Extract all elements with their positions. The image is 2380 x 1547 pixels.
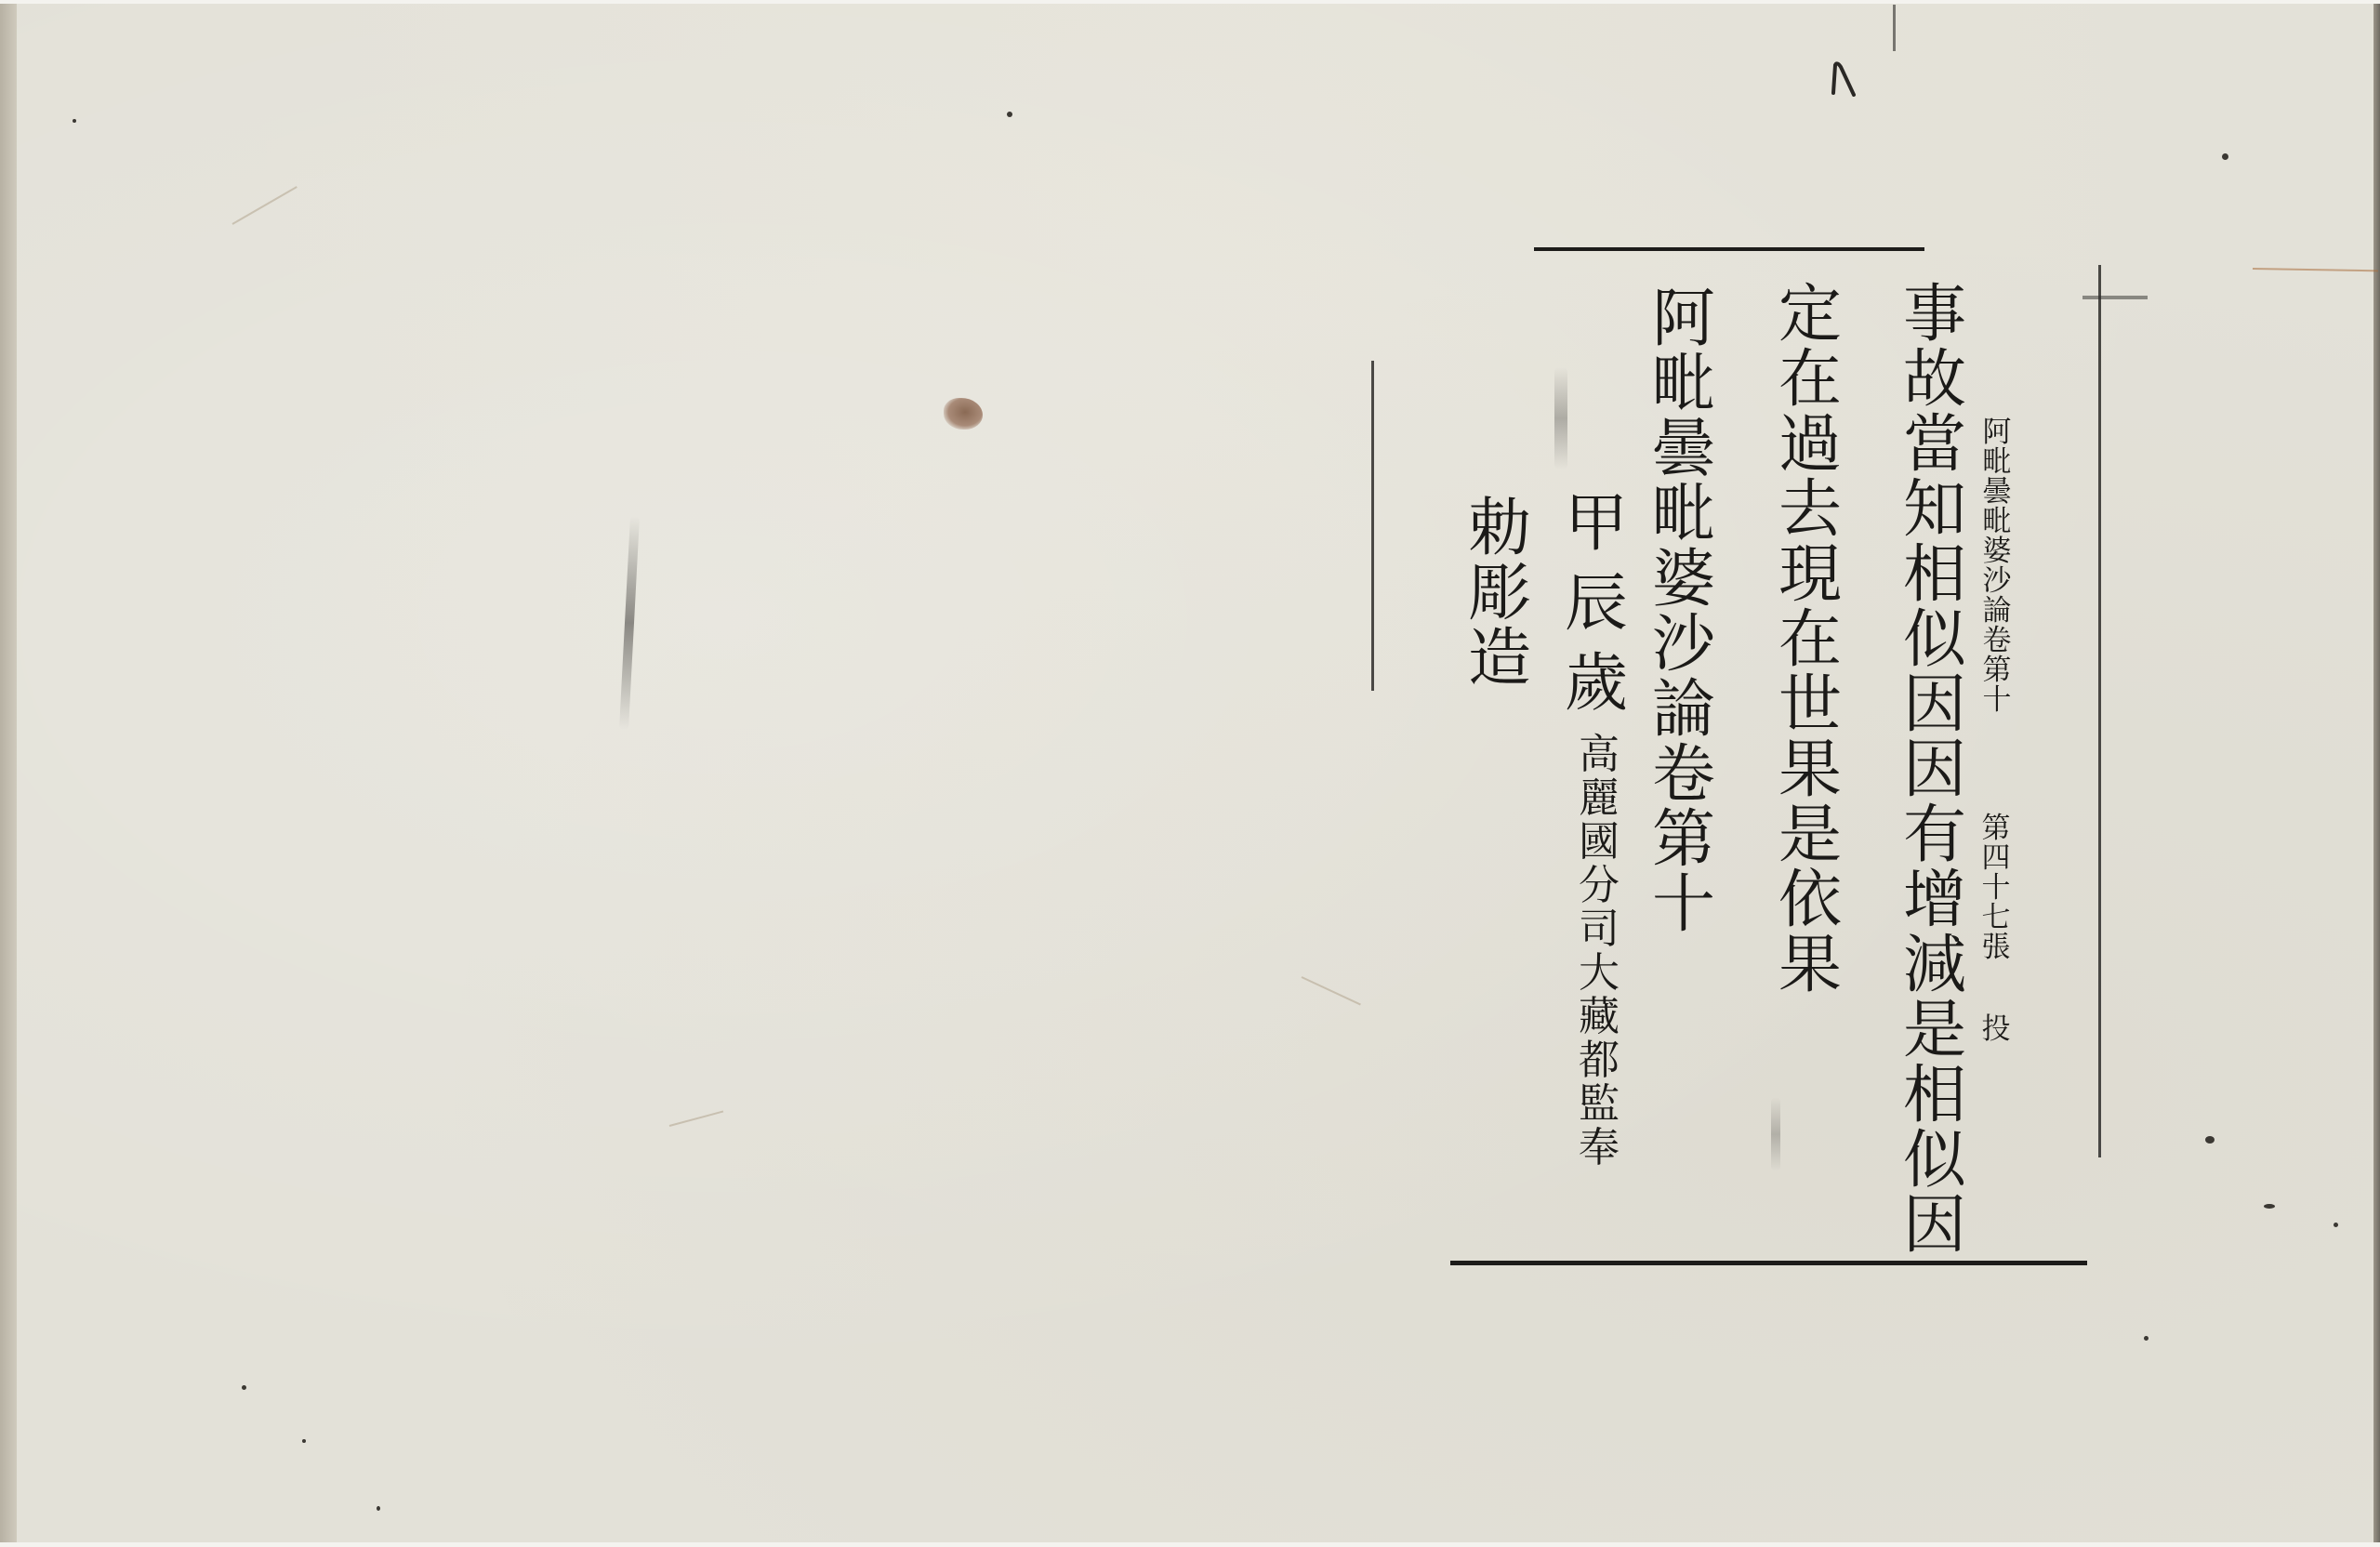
character: 過 xyxy=(1778,414,1842,479)
frame-bottom-rule xyxy=(1450,1261,2087,1265)
character: 事 xyxy=(1903,284,1966,349)
character: 大 xyxy=(1579,953,1620,997)
character: 辰 xyxy=(1565,573,1628,653)
character: 造 xyxy=(1468,628,1531,693)
text-column-5-imperial: 勅 彫 造 xyxy=(1461,497,1538,693)
character: 在 xyxy=(1778,349,1842,414)
scan-top-border xyxy=(0,0,2380,4)
character: 依 xyxy=(1778,869,1842,934)
character: 奉 xyxy=(1579,1128,1620,1171)
character: 彫 xyxy=(1468,562,1531,628)
character: 曇 xyxy=(1652,418,1715,483)
frame-top-rule xyxy=(1534,247,1924,251)
faint-bleed-mark xyxy=(1771,1097,1780,1171)
character: 似 xyxy=(1903,1130,1966,1195)
text-column-4-date: 甲 辰 歲 xyxy=(1558,493,1634,733)
paper-fleck xyxy=(2222,153,2228,160)
character: 論 xyxy=(1983,597,2012,627)
paper-fleck xyxy=(242,1385,246,1390)
text-column-2: 定 在 過 去 現 在 世 果 是 依 果 xyxy=(1772,284,1848,999)
character: 因 xyxy=(1903,1195,1966,1260)
caret-ink-mark xyxy=(1830,59,1858,97)
character: 果 xyxy=(1778,934,1842,999)
character: 十 xyxy=(1982,874,2011,904)
character: 第 xyxy=(1983,656,2012,686)
character: 故 xyxy=(1903,349,1966,414)
character: 甲 xyxy=(1565,493,1628,573)
character: 是 xyxy=(1903,999,1966,1064)
character: 阿 xyxy=(1652,288,1715,353)
character: 四 xyxy=(1982,844,2011,874)
character: 歲 xyxy=(1565,653,1628,733)
character: 果 xyxy=(1778,739,1842,804)
faint-bleed-mark xyxy=(1554,367,1567,469)
character: 相 xyxy=(1903,1064,1966,1130)
character: 是 xyxy=(1778,804,1842,869)
frame-top-right-fragment xyxy=(2082,296,2148,299)
character: 世 xyxy=(1778,674,1842,739)
character: 張 xyxy=(1982,933,2011,963)
character: 毗 xyxy=(1652,353,1715,418)
character: 毗 xyxy=(1983,448,2012,478)
character: 毗 xyxy=(1652,483,1715,549)
character: 都 xyxy=(1579,1040,1620,1084)
page-left-edge-shadow xyxy=(0,0,17,1547)
character: 七 xyxy=(1982,904,2011,933)
character: 減 xyxy=(1903,934,1966,999)
character: 監 xyxy=(1579,1084,1620,1128)
margin-page-number-column: 第 四 十 七 張 xyxy=(1975,814,2017,963)
paper-page xyxy=(17,4,2373,1542)
paper-fleck xyxy=(2144,1336,2149,1341)
character: 因 xyxy=(1903,674,1966,739)
character: 定 xyxy=(1778,284,1842,349)
ink-scratch xyxy=(1893,5,1896,51)
character: 沙 xyxy=(1983,567,2012,597)
character: 曇 xyxy=(1983,478,2012,508)
paper-fleck xyxy=(2264,1204,2275,1209)
margin-carver-mark: 投 xyxy=(1975,1015,2017,1045)
character: 論 xyxy=(1652,679,1715,744)
character: 阿 xyxy=(1983,418,2012,448)
character: 當 xyxy=(1903,414,1966,479)
character: 增 xyxy=(1903,869,1966,934)
character: 婆 xyxy=(1983,537,2012,567)
character: 國 xyxy=(1579,822,1620,866)
paper-fleck xyxy=(1007,112,1012,117)
paper-fleck xyxy=(2334,1223,2338,1227)
scan-bottom-border xyxy=(0,1542,2380,1547)
character: 十 xyxy=(1652,874,1715,939)
paper-fleck xyxy=(302,1439,306,1443)
character: 婆 xyxy=(1652,549,1715,614)
frame-right-rule xyxy=(2098,265,2101,1157)
text-column-1: 事 故 當 知 相 似 因 因 有 增 減 是 相 似 因 xyxy=(1897,284,1973,1260)
character: 相 xyxy=(1903,544,1966,609)
character: 麗 xyxy=(1579,778,1620,822)
character: 第 xyxy=(1982,814,2011,844)
character: 第 xyxy=(1652,809,1715,874)
page-right-edge-shadow xyxy=(2373,0,2380,1547)
character: 司 xyxy=(1579,909,1620,953)
character: 去 xyxy=(1778,479,1842,544)
character: 似 xyxy=(1903,609,1966,674)
paper-fleck xyxy=(377,1506,380,1511)
character: 分 xyxy=(1579,866,1620,909)
brown-stain xyxy=(944,398,983,430)
character: 知 xyxy=(1903,479,1966,544)
text-column-3: 阿 毗 曇 毗 婆 沙 論 卷 第 十 xyxy=(1646,288,1722,939)
character: 沙 xyxy=(1652,614,1715,679)
character: 投 xyxy=(1982,1015,2011,1045)
character: 現 xyxy=(1778,544,1842,609)
margin-title-column: 阿 毗 曇 毗 婆 沙 論 卷 第 十 xyxy=(1978,418,2016,716)
character: 藏 xyxy=(1579,997,1620,1040)
paper-fleck xyxy=(2205,1136,2215,1144)
character: 卷 xyxy=(1983,627,2012,656)
character: 十 xyxy=(1983,686,2012,716)
character: 勅 xyxy=(1468,497,1531,562)
character: 卷 xyxy=(1652,744,1715,809)
character: 有 xyxy=(1903,804,1966,869)
character: 毗 xyxy=(1983,508,2012,537)
frame-left-rule xyxy=(1371,361,1374,691)
character: 在 xyxy=(1778,609,1842,674)
character: 因 xyxy=(1903,739,1966,804)
colophon-column: 高 麗 國 分 司 大 藏 都 監 奉 xyxy=(1573,734,1625,1171)
paper-fleck xyxy=(73,119,76,123)
character: 高 xyxy=(1579,734,1620,778)
